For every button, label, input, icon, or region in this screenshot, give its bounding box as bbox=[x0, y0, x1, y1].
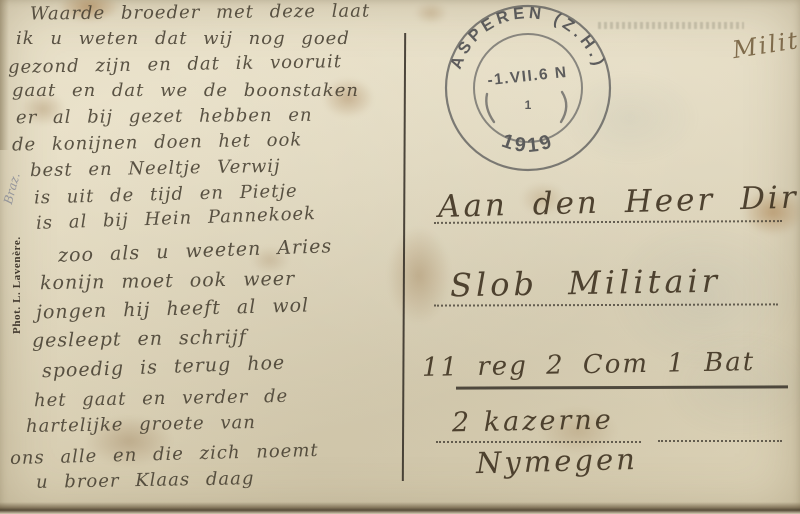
message-line: ons alle en die zich noemt bbox=[10, 440, 319, 469]
postmark-hour: 1 bbox=[525, 98, 532, 112]
address-line-city: Nymegen bbox=[476, 442, 639, 480]
message-line: ik u weten dat wij nog goed bbox=[16, 28, 350, 49]
message-line: spoedig is terug hoe bbox=[42, 352, 286, 382]
postmark-town: ASPEREN (Z.H.) bbox=[447, 4, 609, 71]
postcard-back: Braz. Phot. L. Lavenère. Waarde broeder … bbox=[0, 0, 800, 514]
message-line: konijn moet ook weer bbox=[40, 268, 295, 294]
message-line: zoo als u weeten Aries bbox=[58, 235, 333, 267]
message-line: jongen hij heeft al wol bbox=[36, 294, 310, 323]
handwritten-message: Waarde broeder met deze laat ik u weten … bbox=[0, 0, 404, 514]
message-line: hartelijke groete van bbox=[26, 412, 256, 437]
message-line: u broer Klaas daag bbox=[36, 468, 255, 493]
address-line-recipient: Aan den Heer Dirk bbox=[438, 179, 800, 225]
message-line: er al bij gezet hebben en bbox=[16, 105, 313, 129]
message-line: gaat en dat we de boonstaken bbox=[12, 80, 359, 101]
postmark-year: 1919 bbox=[499, 130, 557, 157]
message-line: is al bij Hein Pannekoek bbox=[36, 203, 317, 234]
message-line: het gaat en verder de bbox=[34, 386, 289, 411]
address-line-regiment: 11 reg 2 Com 1 Bat bbox=[422, 347, 756, 383]
postmark-right-arc bbox=[561, 92, 566, 122]
postmark-left-arc bbox=[486, 94, 494, 122]
address-rule-solid bbox=[456, 385, 788, 389]
address-rule-dotted-3b bbox=[658, 440, 782, 442]
address-line-barracks: 2 kazerne bbox=[452, 405, 614, 439]
address-line-surname: Slob Militair bbox=[450, 262, 722, 305]
message-line: de konijnen doen het ook bbox=[12, 129, 303, 155]
message-line: best en Neeltje Verwij bbox=[30, 156, 281, 181]
address-rule-dotted-2 bbox=[434, 303, 778, 306]
message-line: gesleept en schrijf bbox=[32, 326, 247, 352]
postmark-stamp: ASPEREN (Z.H.) -1.VII.6 N 1 1919 bbox=[434, 2, 622, 174]
postmark-date: -1.VII.6 N bbox=[487, 64, 569, 89]
message-line: gezond zijn en dat ik vooruit bbox=[8, 51, 342, 78]
message-line: Waarde broeder met deze laat bbox=[30, 1, 370, 25]
